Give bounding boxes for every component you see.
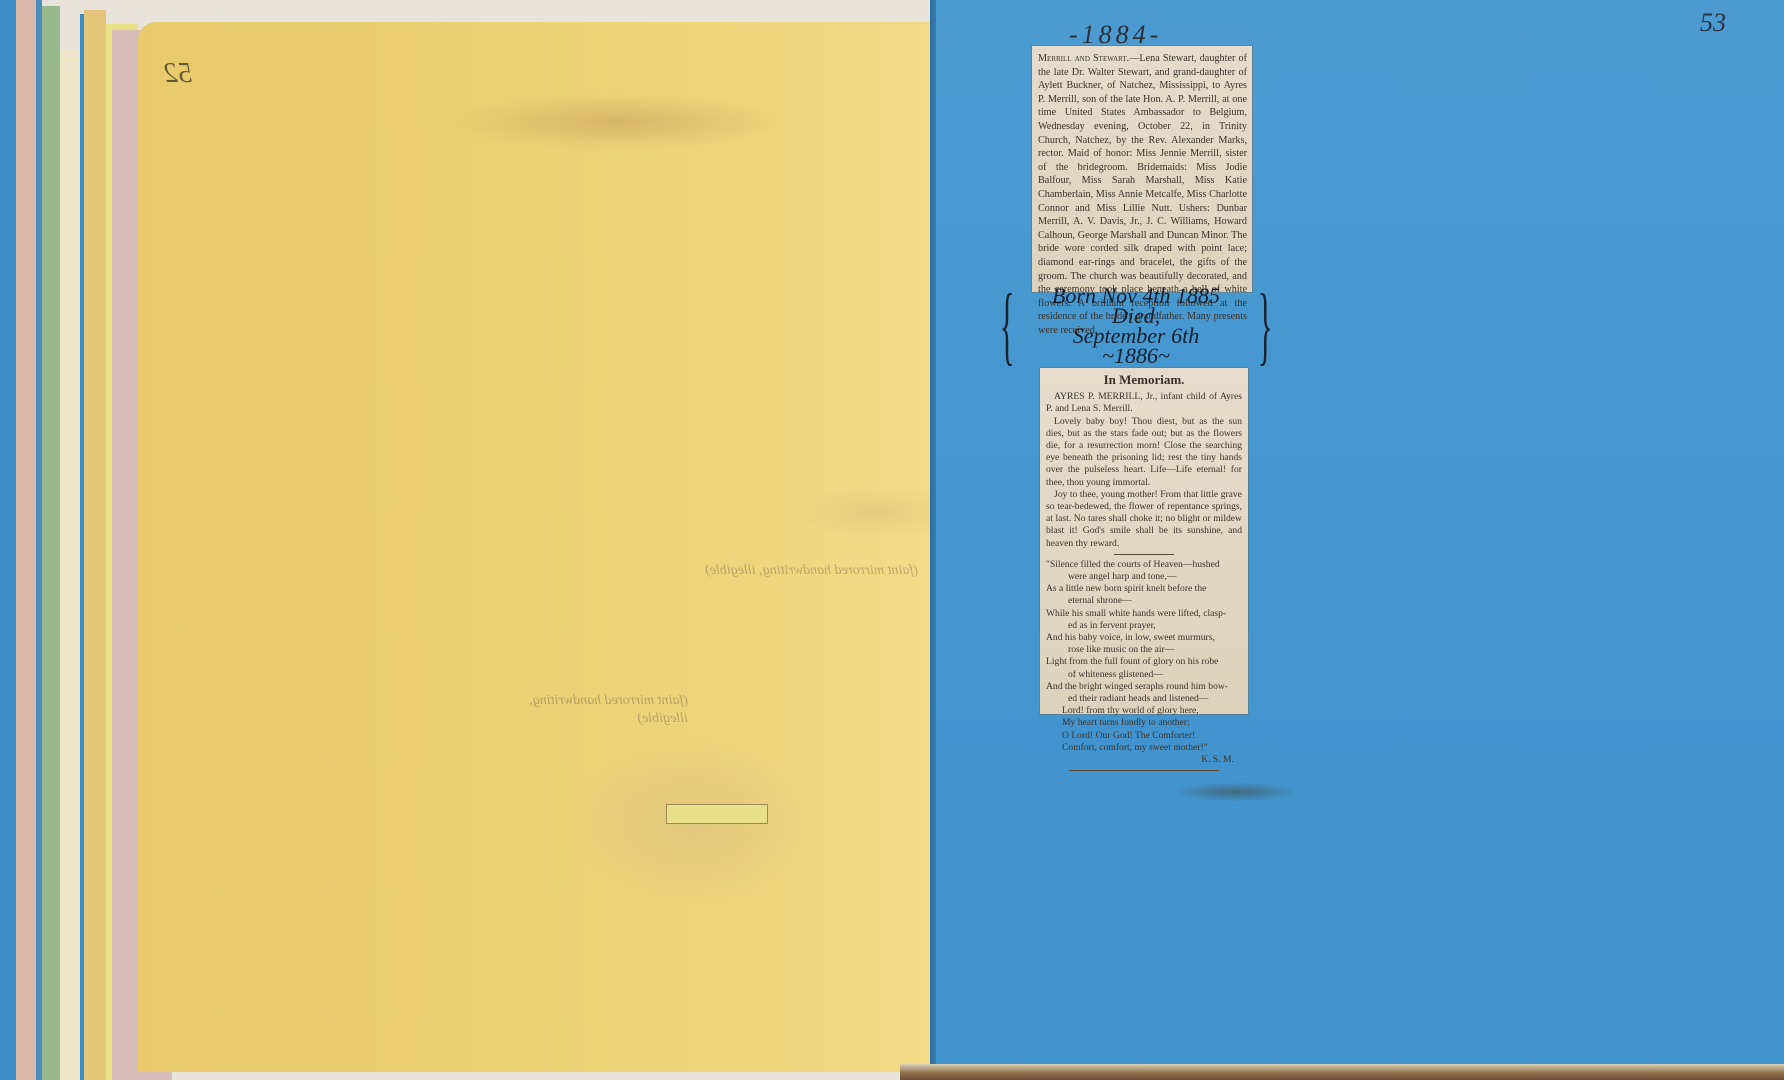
poem-line: As a little new born spirit knelt before…: [1046, 583, 1242, 595]
page-edge-pink: [16, 0, 36, 1080]
poem-line: Light from the full fount of glory on hi…: [1046, 656, 1242, 668]
page-edge-green: [42, 6, 60, 1080]
offset-handwriting-bottom: (faint mirrored handwriting, illegible): [478, 692, 688, 728]
page-edge-blue: [0, 0, 16, 1080]
memoriam-paragraph: Joy to thee, young mother! From that lit…: [1046, 489, 1242, 550]
left-page-yellow: 52 (faint mirrored handwriting, illegibl…: [138, 22, 934, 1072]
book-bottom-edge: [900, 1064, 1784, 1080]
page-edge-tan: [84, 10, 106, 1080]
poem-line: eternal shrone—: [1046, 595, 1242, 607]
right-brace-icon: }: [1257, 282, 1272, 370]
memoriam-poem: "Silence filled the courts of Heaven—hus…: [1046, 559, 1242, 705]
clipping-wedding-announcement: Merrill and Stewart.—Lena Stewart, daugh…: [1032, 46, 1252, 292]
memoriam-stanza: Lord! from thy world of glory here, My h…: [1046, 705, 1242, 754]
clipping-heading: Merrill and Stewart.: [1038, 53, 1129, 64]
tape-remnant: [666, 804, 768, 824]
poem-line: While his small white hands were lifted,…: [1046, 608, 1242, 620]
stanza-line: Comfort, comfort, my sweet mother!": [1062, 742, 1242, 754]
note-line-year: ~1886~: [1016, 346, 1256, 366]
divider-rule: [1114, 554, 1174, 555]
stanza-line: My heart turns fondly to another;: [1062, 717, 1242, 729]
page-number: 53: [1700, 8, 1726, 38]
offset-handwriting-right: (faint mirrored handwriting, illegible): [698, 562, 918, 580]
poem-line: And the bright winged seraphs round him …: [1046, 681, 1242, 693]
clipping-in-memoriam: In Memoriam. AYRES P. MERRILL, Jr., infa…: [1040, 368, 1248, 714]
left-page-corner-mark: 52: [164, 58, 192, 90]
poem-line: of whiteness glistened—: [1046, 669, 1242, 681]
left-brace-icon: {: [1000, 282, 1015, 370]
stanza-line: O Lord! Our God! The Comforter!: [1062, 730, 1242, 742]
memoriam-title: In Memoriam.: [1046, 374, 1242, 386]
handwritten-birth-death-note: { } Born Nov 4th 1885 Died, September 6t…: [1016, 286, 1256, 370]
memoriam-paragraph: Lovely baby boy! Thou diest, but as the …: [1046, 416, 1242, 489]
poem-line: And his baby voice, in low, sweet murmur…: [1046, 632, 1242, 644]
divider-rule: [1069, 770, 1219, 771]
poem-line: were angel harp and tone,—: [1046, 571, 1242, 583]
memoriam-signature: K. S. M.: [1046, 754, 1242, 766]
poem-line: rose like music on the air—: [1046, 644, 1242, 656]
poem-line: "Silence filled the courts of Heaven—hus…: [1046, 559, 1242, 571]
poem-line: ed as in fervent prayer,: [1046, 620, 1242, 632]
page-edge-cream: [60, 50, 80, 1080]
stanza-line: Lord! from thy world of glory here,: [1062, 705, 1242, 717]
poem-line: ed their radiant heads and listened—: [1046, 693, 1242, 705]
memoriam-intro: AYRES P. MERRILL, Jr., infant child of A…: [1046, 391, 1242, 415]
